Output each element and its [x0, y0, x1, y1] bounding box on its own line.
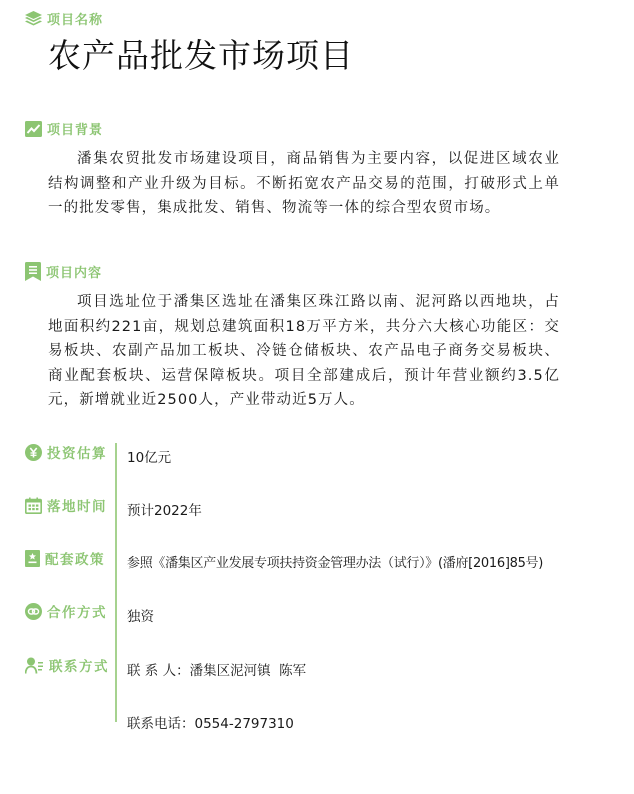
layers-icon — [25, 11, 47, 26]
info-label-text: 联系方式 — [49, 655, 109, 675]
info-label-cooperation: 合作方式 — [25, 601, 107, 621]
policy-document-icon — [25, 550, 45, 567]
contact-person-icon — [25, 657, 49, 674]
section-label: 项目内容 — [46, 262, 102, 281]
section-header-project-name: 项目名称 — [25, 9, 103, 28]
content-paragraph: 项目选址位于潘集区选址在潘集区珠江路以南、泥河路以西地块，占地面积约221亩，规… — [48, 290, 560, 413]
info-value-policy: 参照《潘集区产业发展专项扶持资金管理办法（试行）》(潘府[2016]85号) — [127, 552, 543, 571]
page-title: 农产品批发市场项目 — [48, 30, 354, 77]
info-value-contact-person: 联 系 人：潘集区泥河镇 陈军 — [127, 659, 306, 679]
info-label-contact: 联系方式 — [25, 655, 109, 675]
section-label: 项目名称 — [47, 9, 103, 28]
info-label-text: 合作方式 — [47, 601, 107, 621]
info-label-investment: 投资估算 — [25, 442, 107, 462]
info-label-text: 落地时间 — [47, 495, 107, 515]
info-divider-line — [115, 443, 117, 722]
info-value-landing-time: 预计2022年 — [127, 499, 202, 519]
info-label-policy: 配套政策 — [25, 548, 105, 568]
info-label-text: 配套政策 — [45, 548, 105, 568]
yen-circle-icon — [25, 444, 47, 461]
info-label-landing-time: 落地时间 — [25, 495, 107, 515]
info-value-phone: 联系电话：0554-2797310 — [127, 712, 294, 732]
section-label: 项目背景 — [47, 119, 103, 138]
info-label-text: 投资估算 — [47, 442, 107, 462]
calendar-icon — [25, 497, 47, 514]
section-header-content: 项目内容 — [25, 262, 102, 281]
link-circle-icon — [25, 603, 47, 620]
background-paragraph: 潘集农贸批发市场建设项目，商品销售为主要内容，以促进区域农业结构调整和产业升级为… — [48, 147, 560, 221]
section-header-background: 项目背景 — [25, 119, 103, 138]
trend-chart-icon — [25, 121, 47, 137]
info-value-cooperation: 独资 — [127, 605, 154, 625]
bookmark-list-icon — [25, 262, 46, 281]
info-value-investment: 10亿元 — [127, 446, 171, 466]
